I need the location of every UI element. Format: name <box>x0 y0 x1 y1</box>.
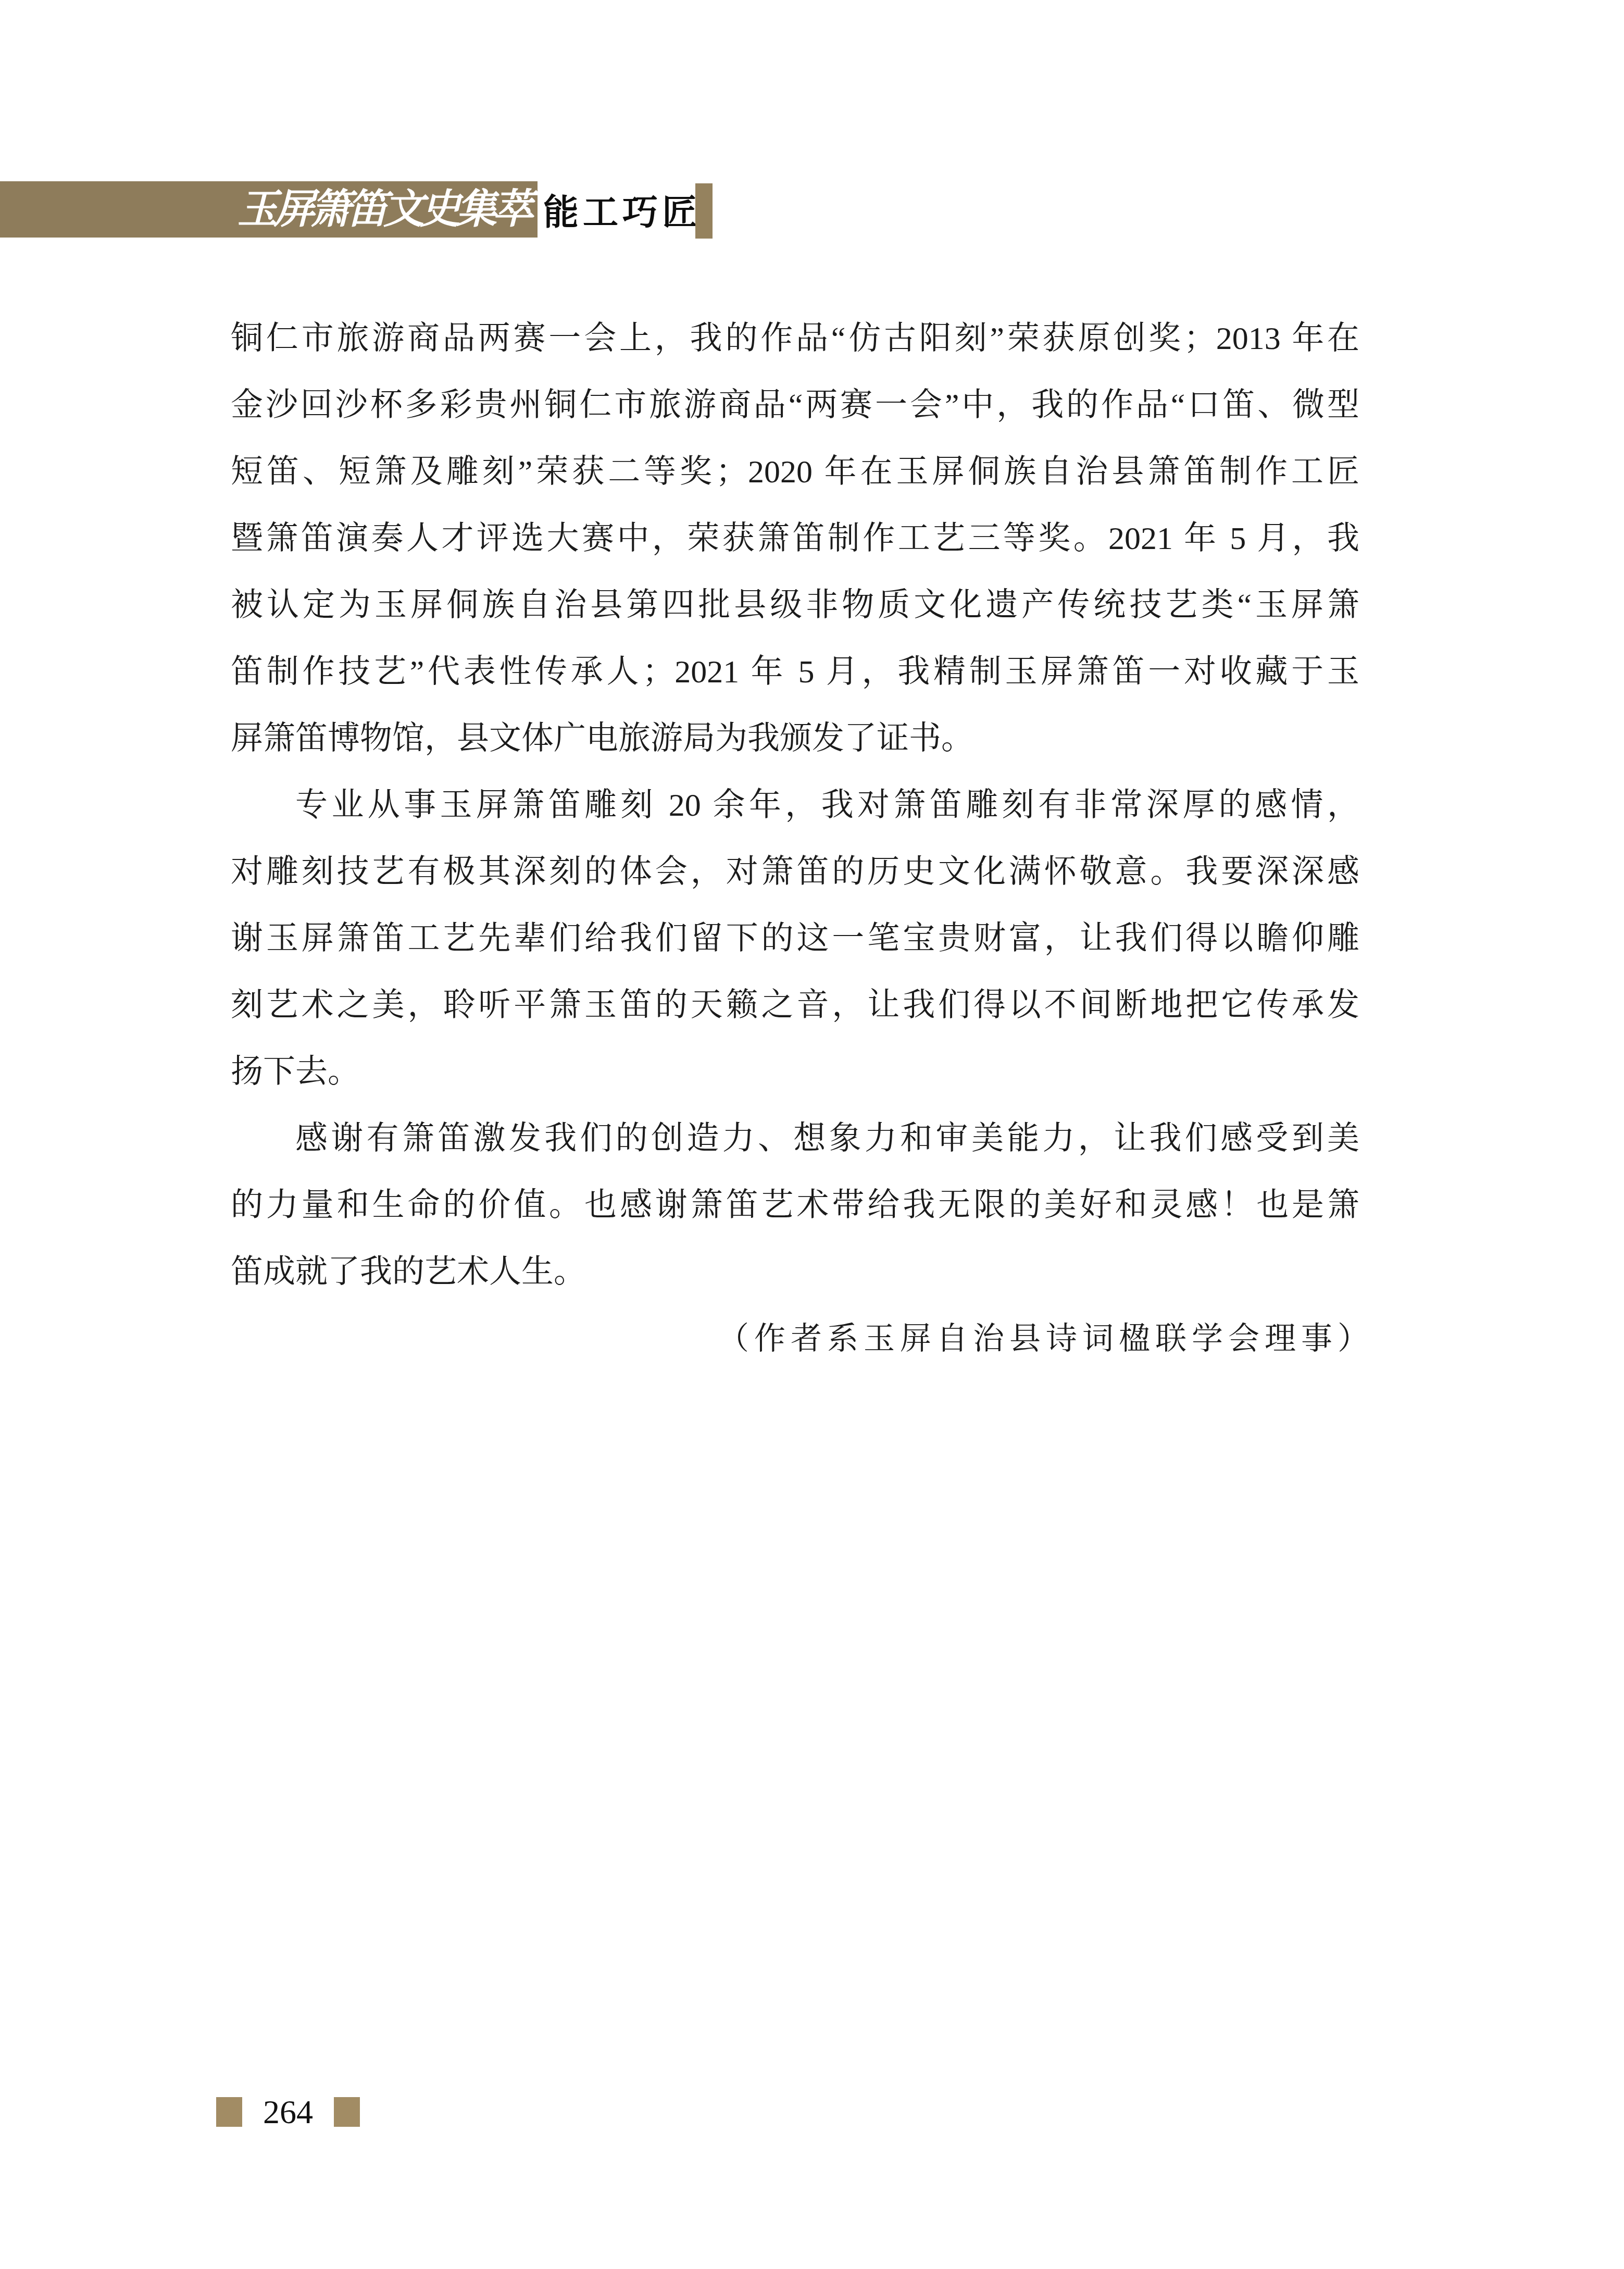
chapter-section-label: 能工巧匠 <box>543 181 702 238</box>
footer-ornament-square-right <box>334 2097 360 2127</box>
text-line: 金沙回沙杯多彩贵州铜仁市旅游商品“两赛一会”中，我的作品“口笛、微型 <box>231 372 1359 439</box>
text-line: 专业从事玉屏箫笛雕刻 20 余年，我对箫笛雕刻有非常深厚的感情， <box>231 772 1359 839</box>
text-line: 被认定为玉屏侗族自治县第四批县级非物质文化遗产传统技艺类“玉屏箫 <box>231 572 1359 639</box>
header-accent-bar <box>695 183 713 239</box>
text-line: 屏箫笛博物馆，县文体广电旅游局为我颁发了证书。 <box>231 705 1359 772</box>
page-number: 264 <box>263 2097 313 2127</box>
author-attribution: （作者系玉屏自治县诗词楹联学会理事） <box>231 1305 1374 1372</box>
header-band: 玉屏箫笛文史集萃 <box>0 181 538 238</box>
book-page: 玉屏箫笛文史集萃 能工巧匠 铜仁市旅游商品两赛一会上，我的作品“仿古阳刻”荣获原… <box>0 0 1624 2269</box>
text-line: 对雕刻技艺有极其深刻的体会，对箫笛的历史文化满怀敬意。我要深深感 <box>231 839 1359 905</box>
text-line: 笛成就了我的艺术人生。 <box>231 1239 1359 1305</box>
text-line: 谢玉屏箫笛工艺先辈们给我们留下的这一笔宝贵财富，让我们得以瞻仰雕 <box>231 905 1359 972</box>
text-line: 短笛、短箫及雕刻”荣获二等奖；2020 年在玉屏侗族自治县箫笛制作工匠 <box>231 439 1359 505</box>
text-line: 扬下去。 <box>231 1039 1359 1105</box>
page-footer: 264 <box>216 2097 360 2127</box>
book-series-title: 玉屏箫笛文史集萃 <box>238 181 529 238</box>
text-line: 笛制作技艺”代表性传承人；2021 年 5 月，我精制玉屏箫笛一对收藏于玉 <box>231 639 1359 705</box>
footer-ornament-square-left <box>216 2097 242 2127</box>
article-body: 铜仁市旅游商品两赛一会上，我的作品“仿古阳刻”荣获原创奖；2013 年在 金沙回… <box>231 305 1359 1372</box>
text-line: 刻艺术之美，聆听平箫玉笛的天籁之音，让我们得以不间断地把它传承发 <box>231 972 1359 1039</box>
text-line: 暨箫笛演奏人才评选大赛中，荣获箫笛制作工艺三等奖。2021 年 5 月，我 <box>231 505 1359 572</box>
text-line: 的力量和生命的价值。也感谢箫笛艺术带给我无限的美好和灵感！也是箫 <box>231 1172 1359 1239</box>
text-line: 感谢有箫笛激发我们的创造力、想象力和审美能力，让我们感受到美 <box>231 1105 1359 1172</box>
text-line: 铜仁市旅游商品两赛一会上，我的作品“仿古阳刻”荣获原创奖；2013 年在 <box>231 305 1359 372</box>
